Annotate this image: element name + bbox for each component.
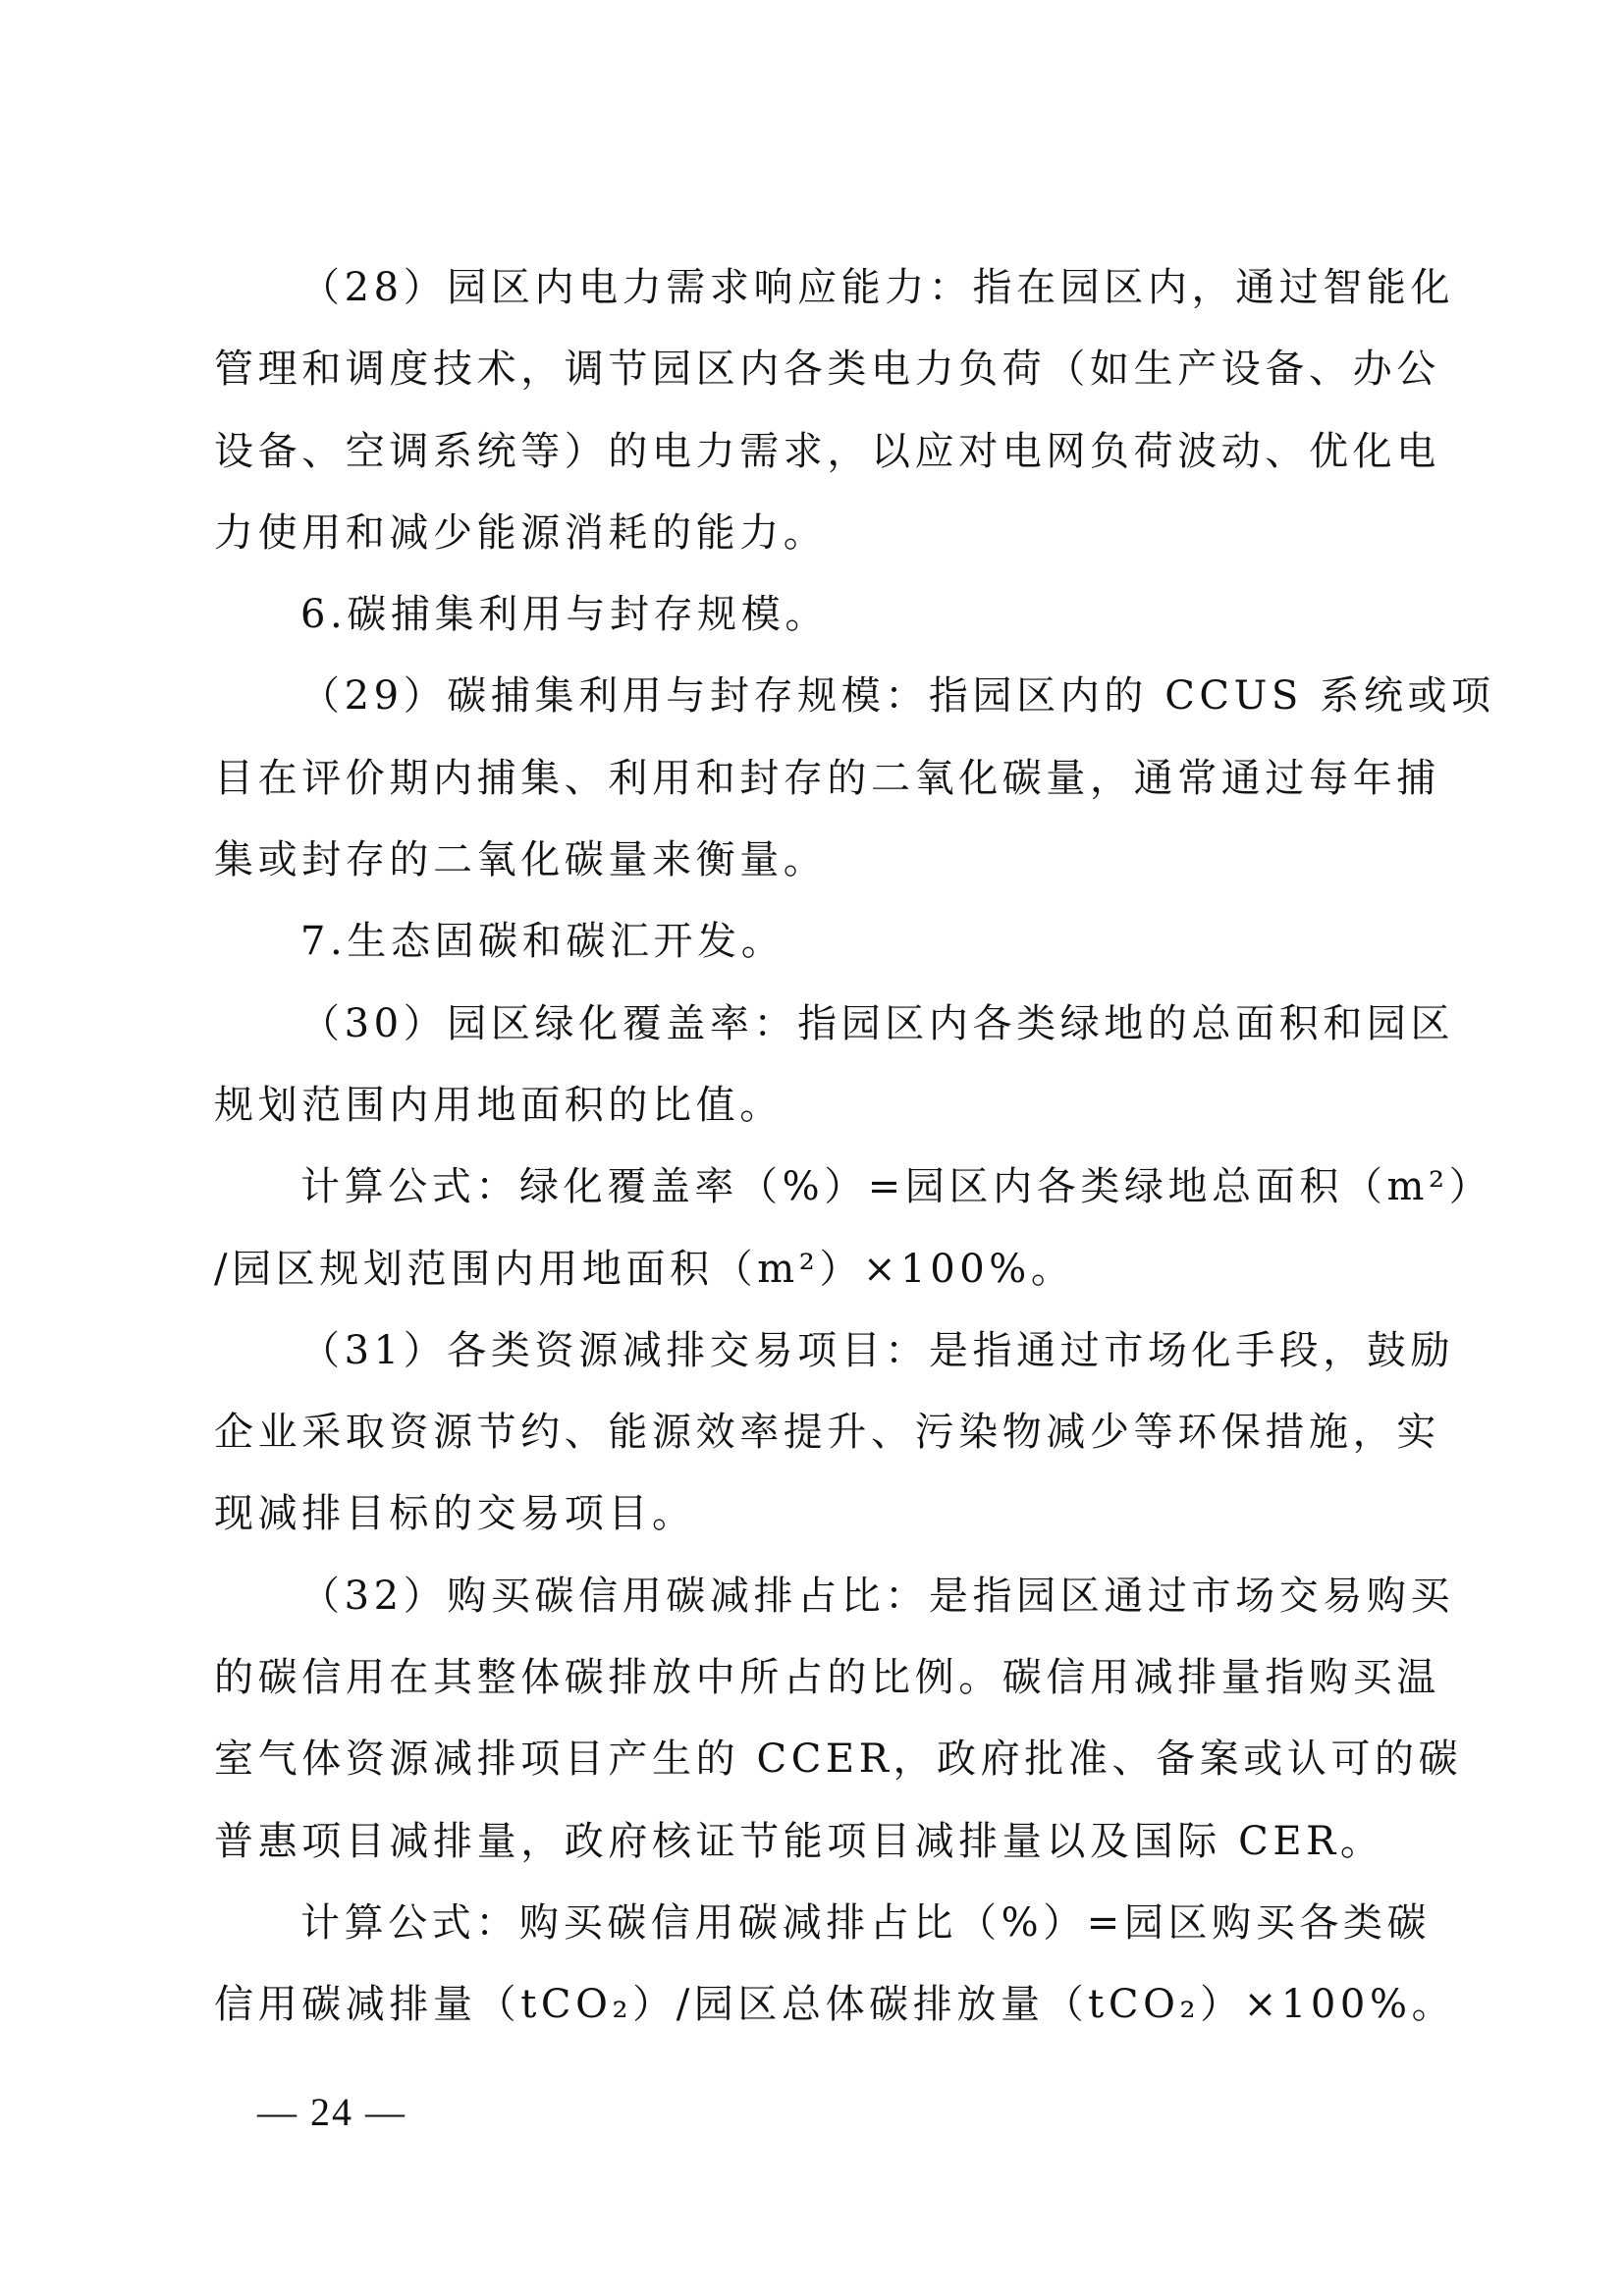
heading-text: 6.碳捕集利用与封存规模。 xyxy=(214,574,1418,656)
text-line: 企业采取资源节约、能源效率提升、污染物减少等环保措施，实 xyxy=(214,1392,1418,1473)
text-line: 现减排目标的交易项目。 xyxy=(214,1473,1418,1555)
text-line: 集或封存的二氧化碳量来衡量。 xyxy=(214,820,1418,901)
text-line: 设备、空调系统等）的电力需求，以应对电网负荷波动、优化电 xyxy=(214,411,1418,493)
section-heading-7: 7.生态固碳和碳汇开发。 xyxy=(214,901,1418,983)
text-line: （29）碳捕集利用与封存规模：指园区内的 CCUS 系统或项 xyxy=(214,656,1418,737)
text-line: 规划范围内用地面积的比值。 xyxy=(214,1065,1418,1147)
formula-line: 信用碳减排量（tCO₂）/园区总体碳排放量（tCO₂）×100%。 xyxy=(214,1964,1418,2046)
text-line: （28）园区内电力需求响应能力：指在园区内，通过智能化 xyxy=(214,247,1418,329)
text-line: 室气体资源减排项目产生的 CCER，政府批准、备案或认可的碳 xyxy=(214,1719,1418,1800)
text-line: （30）园区绿化覆盖率：指园区内各类绿地的总面积和园区 xyxy=(214,984,1418,1065)
text-line: 目在评价期内捕集、利用和封存的二氧化碳量，通常通过每年捕 xyxy=(214,738,1418,820)
formula-line: /园区规划范围内用地面积（m²）×100%。 xyxy=(214,1229,1418,1310)
paragraph-item-31: （31）各类资源减排交易项目：是指通过市场化手段，鼓励 企业采取资源节约、能源效… xyxy=(214,1310,1418,1556)
text-line: 力使用和减少能源消耗的能力。 xyxy=(214,493,1418,574)
text-line: （32）购买碳信用碳减排占比：是指园区通过市场交易购买 xyxy=(214,1556,1418,1637)
document-body: （28）园区内电力需求响应能力：指在园区内，通过智能化 管理和调度技术，调节园区… xyxy=(214,247,1418,2047)
paragraph-item-32: （32）购买碳信用碳减排占比：是指园区通过市场交易购买 的碳信用在其整体碳排放中… xyxy=(214,1556,1418,1883)
heading-text: 7.生态固碳和碳汇开发。 xyxy=(214,901,1418,983)
formula-line: 计算公式：购买碳信用碳减排占比（%）=园区购买各类碳 xyxy=(214,1883,1418,1964)
page-number: — 24 — xyxy=(257,2089,406,2135)
paragraph-item-28: （28）园区内电力需求响应能力：指在园区内，通过智能化 管理和调度技术，调节园区… xyxy=(214,247,1418,574)
paragraph-item-30: （30）园区绿化覆盖率：指园区内各类绿地的总面积和园区 规划范围内用地面积的比值… xyxy=(214,984,1418,1148)
text-line: 管理和调度技术，调节园区内各类电力负荷（如生产设备、办公 xyxy=(214,329,1418,410)
text-line: 的碳信用在其整体碳排放中所占的比例。碳信用减排量指购买温 xyxy=(214,1637,1418,1719)
text-line: 普惠项目减排量，政府核证节能项目减排量以及国际 CER。 xyxy=(214,1801,1418,1883)
formula-carbon-credit-ratio: 计算公式：购买碳信用碳减排占比（%）=园区购买各类碳 信用碳减排量（tCO₂）/… xyxy=(214,1883,1418,2047)
formula-green-coverage: 计算公式：绿化覆盖率（%）=园区内各类绿地总面积（m²） /园区规划范围内用地面… xyxy=(214,1147,1418,1310)
formula-line: 计算公式：绿化覆盖率（%）=园区内各类绿地总面积（m²） xyxy=(214,1147,1418,1228)
text-line: （31）各类资源减排交易项目：是指通过市场化手段，鼓励 xyxy=(214,1310,1418,1392)
section-heading-6: 6.碳捕集利用与封存规模。 xyxy=(214,574,1418,656)
paragraph-item-29: （29）碳捕集利用与封存规模：指园区内的 CCUS 系统或项 目在评价期内捕集、… xyxy=(214,656,1418,901)
